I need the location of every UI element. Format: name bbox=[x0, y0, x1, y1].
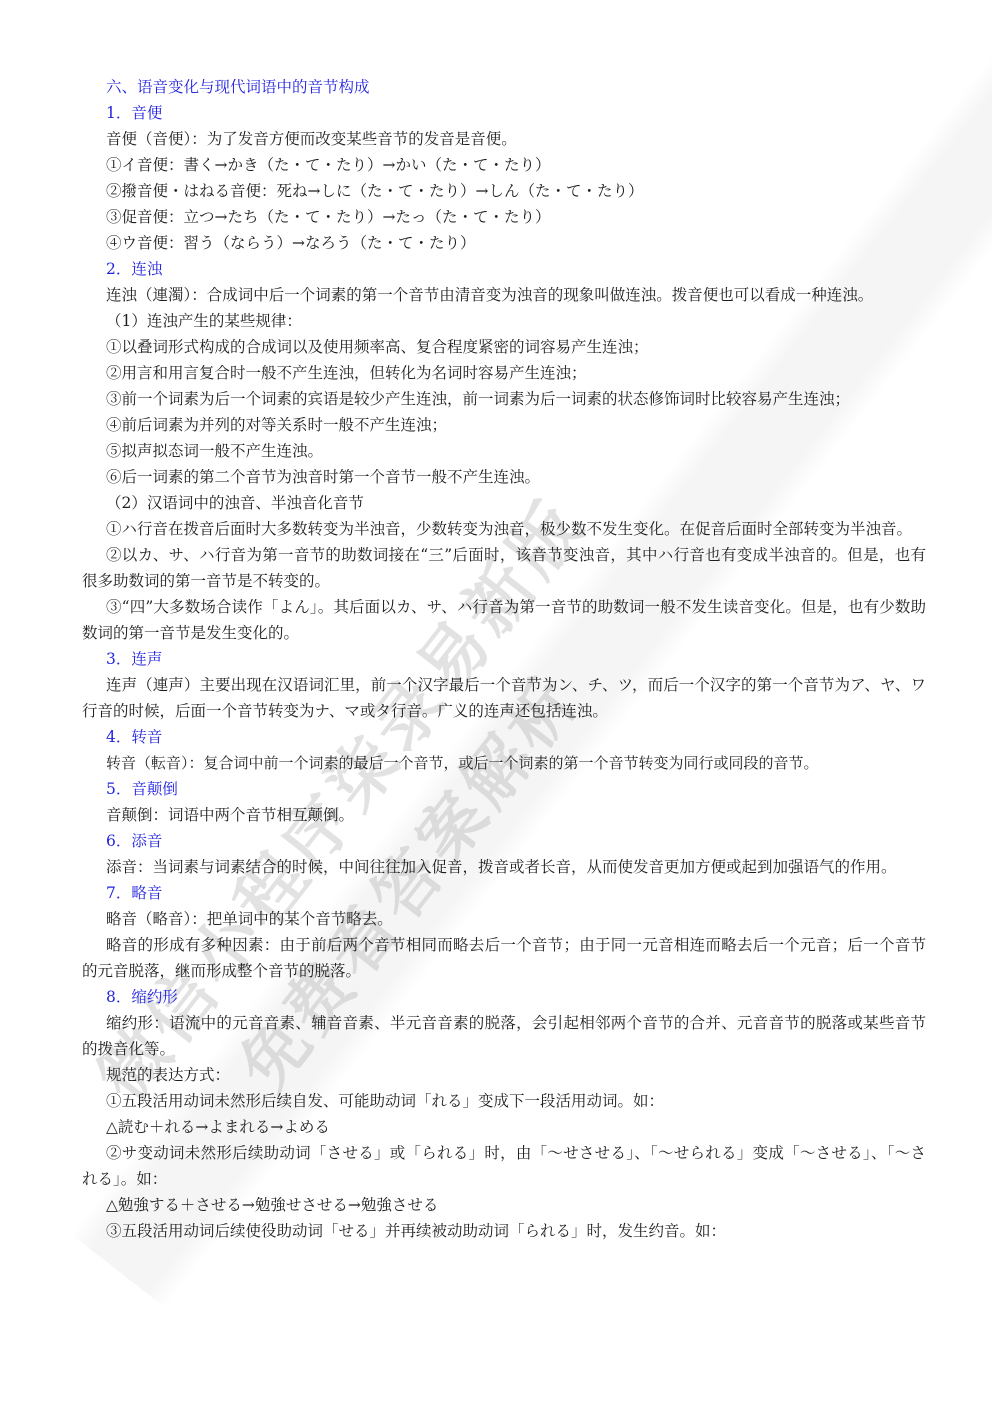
paragraph: 规范的表达方式： bbox=[82, 1062, 926, 1088]
list-item: ②以カ、サ、ハ行音为第一音节的助数词接在“三”后面时，该音节变浊音，其中ハ行音也… bbox=[82, 542, 926, 594]
list-item: ③五段活用动词后续使役助动词「せる」并再续被动助动词「られる」时，发生约音。如： bbox=[82, 1218, 926, 1244]
list-item: ②用言和用言复合时一般不产生连浊，但转化为名词时容易产生连浊； bbox=[82, 360, 926, 386]
heading-tenon: 4．转音 bbox=[82, 724, 926, 750]
paragraph: 音颠倒：词语中两个音节相互颠倒。 bbox=[82, 802, 926, 828]
subheading: （2）汉语词中的浊音、半浊音化音节 bbox=[82, 490, 926, 516]
subheading: （1）连浊产生的某些规律： bbox=[82, 308, 926, 334]
document-body: 六、语音变化与现代词语中的音节构成 1．音便 音便（音便）：为了发音方便而改变某… bbox=[82, 74, 926, 1244]
heading-ryakuon: 7．略音 bbox=[82, 880, 926, 906]
list-item: ①イ音便：書く→かき（た・て・たり）→かい（た・て・たり） bbox=[82, 152, 926, 178]
list-item: ①以叠词形式构成的合成词以及使用频率高、复合程度紧密的词容易产生连浊； bbox=[82, 334, 926, 360]
list-item: ③“四”大多数场合读作「よん」。其后面以カ、サ、ハ行音为第一音节的助数词一般不发… bbox=[82, 594, 926, 646]
heading-rendaku: 2．连浊 bbox=[82, 256, 926, 282]
paragraph: 转音（転音）：复合词中前一个词素的最后一个音节，或后一个词素的第一个音节转变为同… bbox=[82, 750, 926, 776]
section-title: 六、语音变化与现代词语中的音节构成 bbox=[82, 74, 926, 100]
list-item: ③促音便：立つ→たち（た・て・たり）→たっ（た・て・たり） bbox=[82, 204, 926, 230]
paragraph: 音便（音便）：为了发音方便而改变某些音节的发音是音便。 bbox=[82, 126, 926, 152]
paragraph: 连浊（連濁）：合成词中后一个词素的第一个音节由清音变为浊音的现象叫做连浊。拨音便… bbox=[82, 282, 926, 308]
list-item: ①ハ行音在拨音后面时大多数转变为半浊音，少数转变为浊音，极少数不发生变化。在促音… bbox=[82, 516, 926, 542]
list-item: ①五段活用动词未然形后续自发、可能助动词「れる」变成下一段活用动词。如： bbox=[82, 1088, 926, 1114]
example: △読む＋れる→よまれる→よめる bbox=[82, 1114, 926, 1140]
document-page: 微信小程序柒录易新版 免费看答案解析 六、语音变化与现代词语中的音节构成 1．音… bbox=[0, 0, 992, 1403]
paragraph: 连声（連声）主要出现在汉语词汇里，前一个汉字最后一个音节为ン、チ、ツ，而后一个汉… bbox=[82, 672, 926, 724]
heading-ontento: 5．音颠倒 bbox=[82, 776, 926, 802]
paragraph: 添音：当词素与词素结合的时候，中间往往加入促音，拨音或者长音，从而使发音更加方便… bbox=[82, 854, 926, 880]
list-item: ④ウ音便：習う（ならう）→なろう（た・て・たり） bbox=[82, 230, 926, 256]
list-item: ⑤拟声拟态词一般不产生连浊。 bbox=[82, 438, 926, 464]
heading-renjo: 3．连声 bbox=[82, 646, 926, 672]
list-item: ②サ变动词未然形后续助动词「させる」或「られる」时，由「～せさせる」、「～せられ… bbox=[82, 1140, 926, 1192]
heading-tenon-add: 6．添音 bbox=[82, 828, 926, 854]
paragraph: 略音的形成有多种因素：由于前后两个音节相同而略去后一个音节；由于同一元音相连而略… bbox=[82, 932, 926, 984]
list-item: ④前后词素为并列的对等关系时一般不产生连浊； bbox=[82, 412, 926, 438]
list-item: ⑥后一词素的第二个音节为浊音时第一个音节一般不产生连浊。 bbox=[82, 464, 926, 490]
list-item: ②撥音便・はねる音便：死ね→しに（た・て・たり）→しん（た・て・たり） bbox=[82, 178, 926, 204]
heading-onbin: 1．音便 bbox=[82, 100, 926, 126]
heading-shukuyakukei: 8．缩约形 bbox=[82, 984, 926, 1010]
paragraph: 略音（略音）：把单词中的某个音节略去。 bbox=[82, 906, 926, 932]
paragraph: 缩约形：语流中的元音音素、辅音音素、半元音音素的脱落，会引起相邻两个音节的合并、… bbox=[82, 1010, 926, 1062]
list-item: ③前一个词素为后一个词素的宾语是较少产生连浊，前一词素为后一词素的状态修饰词时比… bbox=[82, 386, 926, 412]
example: △勉強する＋させる→勉強せさせる→勉強させる bbox=[82, 1192, 926, 1218]
